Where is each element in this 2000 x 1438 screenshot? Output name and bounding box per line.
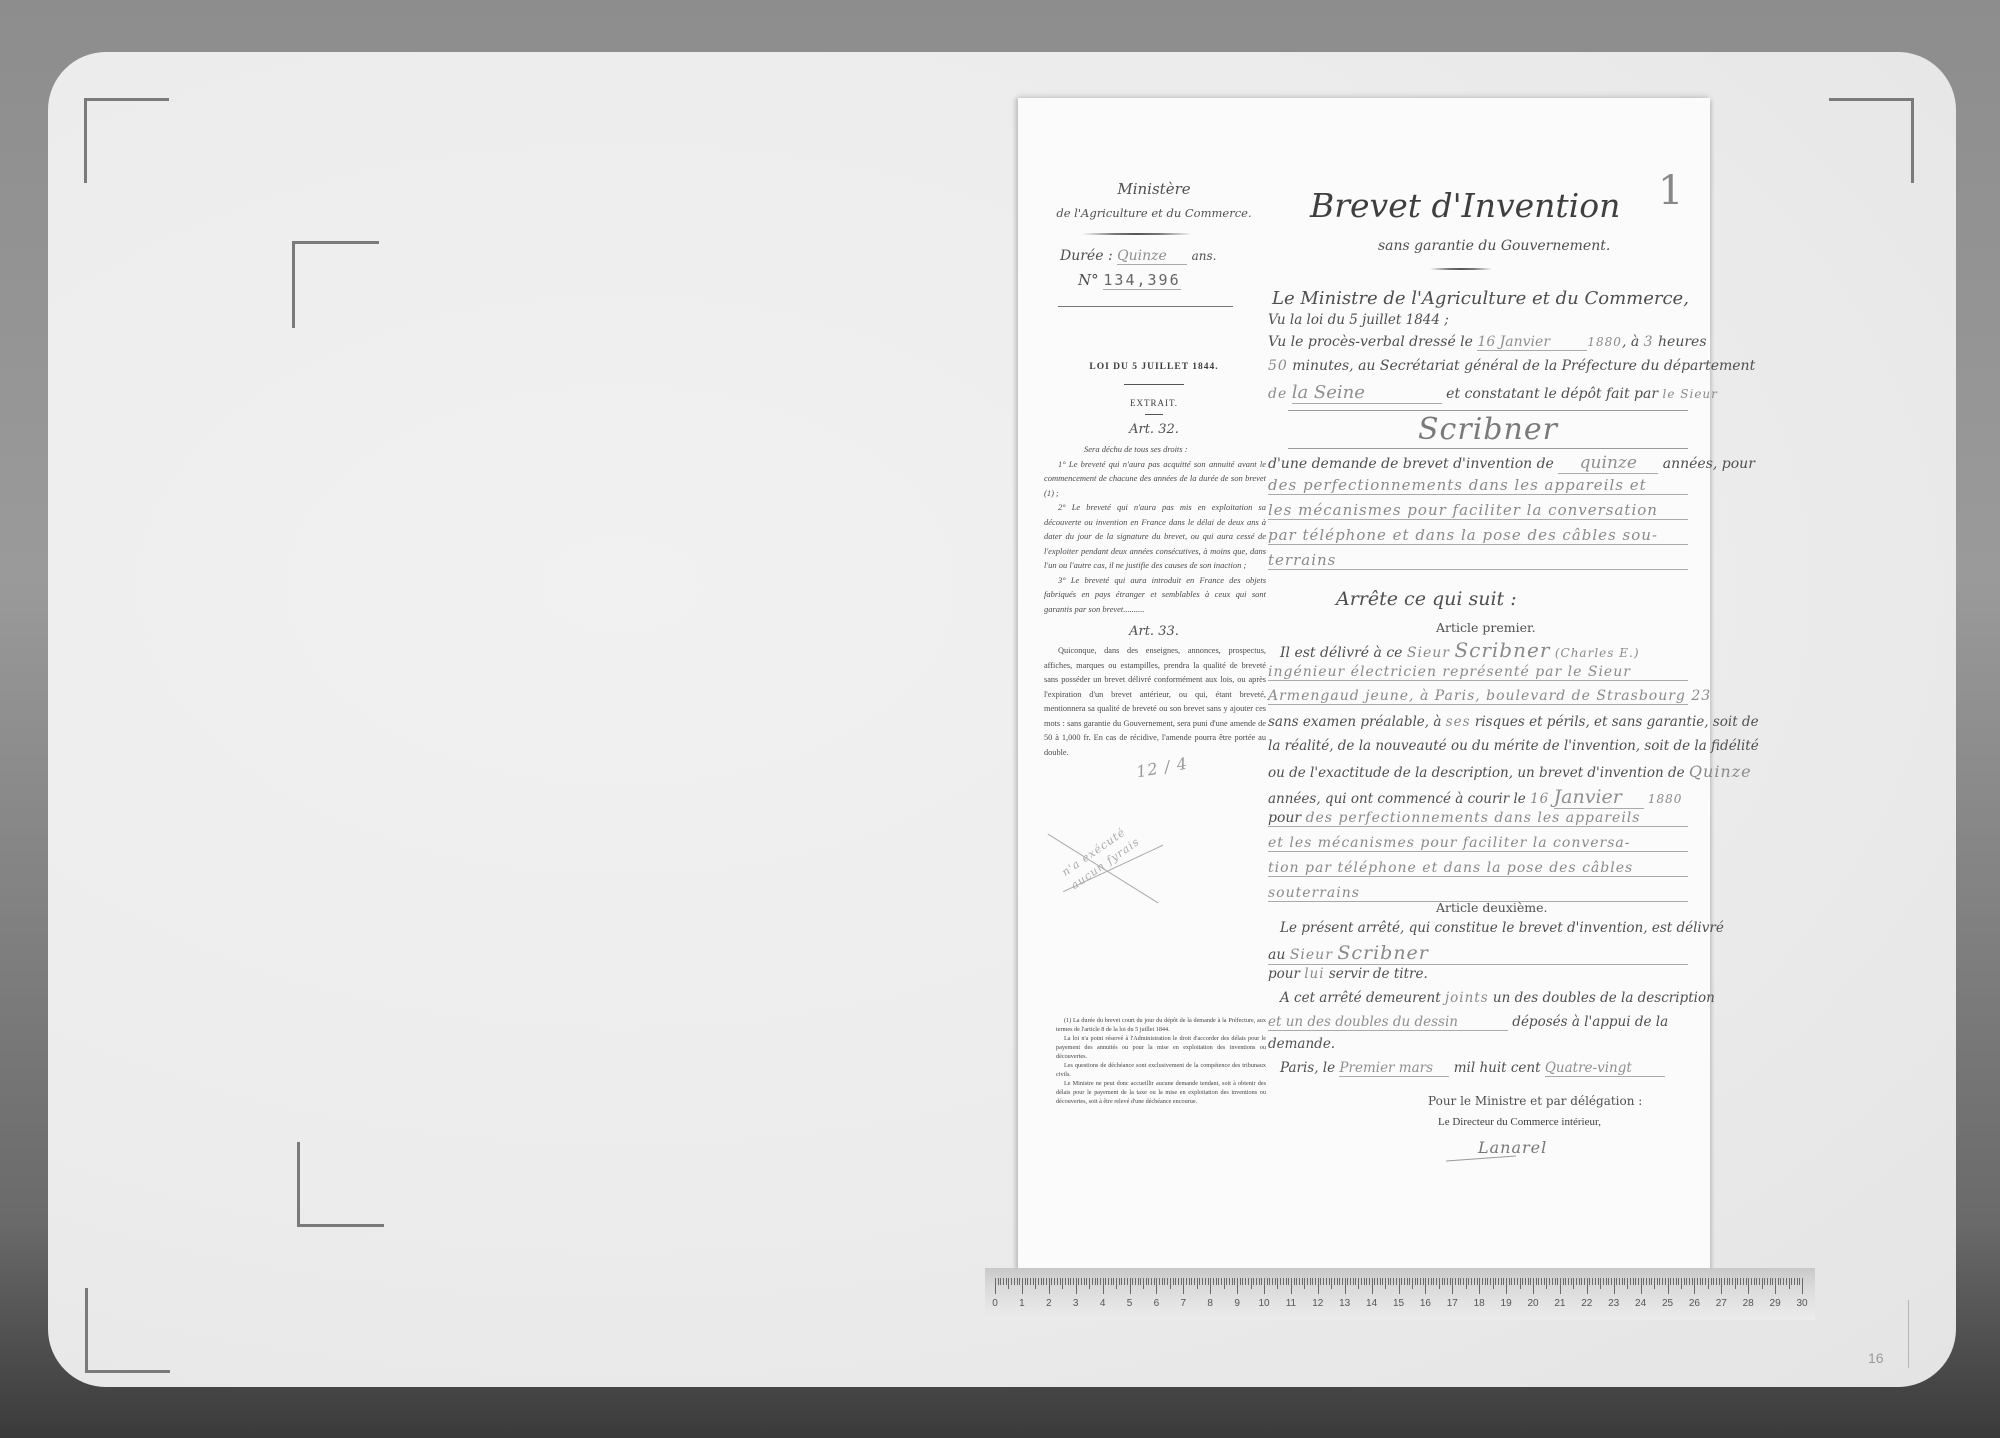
ruler-tick [1638, 1278, 1639, 1285]
ruler-tick [1802, 1278, 1803, 1294]
ruler-tick [1331, 1278, 1332, 1289]
ruler-tick [1232, 1278, 1233, 1285]
ruler-tick [1393, 1278, 1394, 1285]
ruler-tick [1320, 1278, 1321, 1285]
ruler-tick [1630, 1278, 1631, 1285]
ruler-tick [1719, 1278, 1720, 1285]
ruler-tick [1401, 1278, 1402, 1285]
ruler-tick [1159, 1278, 1160, 1285]
ruler-tick [1676, 1278, 1677, 1285]
ruler-tick [1135, 1278, 1136, 1285]
ruler-tick [1216, 1278, 1217, 1285]
ruler-tick [1517, 1278, 1518, 1285]
ruler-tick [1767, 1278, 1768, 1285]
ruler-tick [1659, 1278, 1660, 1285]
ruler-tick [1396, 1278, 1397, 1285]
ruler-label: 1 [1019, 1298, 1025, 1309]
ruler-tick [1197, 1278, 1198, 1289]
ruler-tick [1616, 1278, 1617, 1285]
grant-years: Quinze [1689, 762, 1752, 781]
ruler-tick [1772, 1278, 1773, 1285]
ruler-tick [1493, 1278, 1494, 1289]
ruler-tick [1382, 1278, 1383, 1285]
date-prefix: Paris, le [1280, 1060, 1335, 1076]
article-deuxieme-p5: demande. [1268, 1036, 1335, 1052]
ruler-tick [1062, 1278, 1063, 1289]
ruler-tick [1770, 1278, 1771, 1285]
ruler-tick [1068, 1278, 1069, 1285]
pv-hour: 3 [1644, 334, 1654, 350]
issue-day-month: Premier mars [1339, 1060, 1449, 1077]
applicant-rule-bottom [1288, 448, 1688, 449]
ruler-tick [1624, 1278, 1625, 1285]
ruler-label: 15 [1393, 1298, 1404, 1309]
ruler-tick [1374, 1278, 1375, 1285]
signature-delegation: Pour le Ministre et par délégation : [1428, 1094, 1642, 1108]
ruler-tick [1143, 1278, 1144, 1289]
ruler-tick [1546, 1278, 1547, 1289]
ruler-tick [1595, 1278, 1596, 1285]
ruler-tick [1202, 1278, 1203, 1285]
ruler-tick [1337, 1278, 1338, 1285]
ruler-tick [1503, 1278, 1504, 1285]
pv-year: 1880 [1587, 335, 1622, 349]
footnote: Les questions de déchéance sont exclusiv… [1056, 1061, 1266, 1079]
start-day: 16 [1530, 791, 1549, 807]
invention-description-line: terrains [1268, 551, 1688, 570]
printed-text: années, qui ont commencé à courir le [1268, 791, 1526, 807]
ruler-tick [1442, 1278, 1443, 1285]
deposit-by: le Sieur [1663, 387, 1718, 401]
issue-year: Quatre-vingt [1545, 1060, 1665, 1077]
ruler-label: 7 [1181, 1298, 1187, 1309]
ruler-tick [1060, 1278, 1061, 1285]
ministry-header: Ministère de l'Agriculture et du Commerc… [1034, 180, 1274, 220]
ruler-tick [1468, 1278, 1469, 1285]
ruler-tick [1789, 1278, 1790, 1289]
ruler-tick [1277, 1278, 1278, 1289]
ruler-tick [1191, 1278, 1192, 1285]
footnote: Le Ministre ne peut donc accueillir aucu… [1056, 1079, 1266, 1106]
ruler-tick [1089, 1278, 1090, 1289]
ruler-tick [1417, 1278, 1418, 1285]
ruler-tick [1078, 1278, 1079, 1285]
ruler-tick [1385, 1278, 1386, 1289]
ruler-tick [1043, 1278, 1044, 1285]
ruler-tick [1694, 1278, 1695, 1294]
ruler-tick [1369, 1278, 1370, 1285]
ruler-tick [1097, 1278, 1098, 1285]
ruler-tick [1635, 1278, 1636, 1285]
ruler-tick [1436, 1278, 1437, 1285]
ruler-label: 10 [1258, 1298, 1269, 1309]
arrete-heading: Arrête ce qui suit : [1336, 588, 1517, 610]
ruler-tick [1130, 1278, 1131, 1294]
department-line: de la Seine et constatant le dépôt fait … [1268, 382, 1718, 404]
ruler-tick [1014, 1278, 1015, 1285]
ruler-tick [1312, 1278, 1313, 1285]
ruler-tick [1404, 1278, 1405, 1285]
invention-text: des perfectionnements dans les appareils [1306, 810, 1641, 826]
ruler-tick [1030, 1278, 1031, 1285]
ruler-tick [1116, 1278, 1117, 1289]
applicant-name: Scribner [1418, 412, 1558, 447]
printed-text: pour [1268, 966, 1300, 982]
ruler-tick [1173, 1278, 1174, 1285]
ruler-tick [1065, 1278, 1066, 1285]
ruler-tick [1245, 1278, 1246, 1285]
ruler-tick [1022, 1278, 1023, 1294]
ruler-tick [1412, 1278, 1413, 1289]
ruler-tick [1780, 1278, 1781, 1285]
ruler-tick [1705, 1278, 1706, 1285]
joined-fill: joints [1445, 990, 1489, 1006]
ruler-tick [1654, 1278, 1655, 1289]
article-premier-invention-1: pour des perfectionnements dans les appa… [1268, 810, 1688, 827]
ruler-label: 8 [1207, 1298, 1213, 1309]
ruler-tick [1234, 1278, 1235, 1285]
ruler-tick [1684, 1278, 1685, 1285]
ruler-tick [1455, 1278, 1456, 1285]
footnote: La loi n'a point réservé à l'Administrat… [1056, 1034, 1266, 1061]
ruler-tick [1479, 1278, 1480, 1294]
ruler-tick [1280, 1278, 1281, 1285]
ruler-label: 30 [1796, 1298, 1807, 1309]
crop-mark-top-right-outer [1829, 98, 1914, 183]
ruler-tick [1474, 1278, 1475, 1285]
ruler-tick [1721, 1278, 1722, 1294]
pronoun-fill: lui [1304, 966, 1324, 982]
ruler-tick [1046, 1278, 1047, 1285]
ruler-tick [1552, 1278, 1553, 1285]
crop-mark-top-left-outer [84, 98, 169, 183]
ruler-tick [1541, 1278, 1542, 1285]
ruler-tick [1668, 1278, 1669, 1294]
ruler-tick [1366, 1278, 1367, 1285]
ruler-tick [1127, 1278, 1128, 1285]
ruler-tick [1073, 1278, 1074, 1285]
ruler-tick [1124, 1278, 1125, 1285]
article-deuxieme-p1: Le présent arrêté, qui constitue le brev… [1280, 920, 1724, 936]
ruler-tick [1358, 1278, 1359, 1289]
ruler-tick [1622, 1278, 1623, 1285]
ruler-tick [1049, 1278, 1050, 1294]
printed-text: ou de l'exactitude de la description, un… [1268, 765, 1685, 781]
patent-document: Ministère de l'Agriculture et du Commerc… [1018, 98, 1710, 1276]
ruler-tick [1027, 1278, 1028, 1285]
article-33-text: Quiconque, dans des enseignes, annonces,… [1044, 644, 1266, 760]
ruler-label: 0 [992, 1298, 998, 1309]
duration-suffix: ans. [1192, 249, 1217, 263]
ruler-tick [1086, 1278, 1087, 1285]
ruler-tick [1377, 1278, 1378, 1285]
pour-label: pour [1268, 810, 1301, 826]
ruler-tick [998, 1278, 999, 1285]
ruler-tick [1299, 1278, 1300, 1285]
ruler-tick [1700, 1278, 1701, 1285]
ruler-tick [1748, 1278, 1749, 1294]
ruler-label: 11 [1286, 1298, 1296, 1309]
article-33-heading: Art. 33. [1034, 624, 1274, 639]
ruler-tick [1156, 1278, 1157, 1294]
ruler-tick [1310, 1278, 1311, 1285]
law-title-rule [1124, 384, 1184, 385]
ruler-tick [1584, 1278, 1585, 1285]
ruler-tick [1221, 1278, 1222, 1285]
demand-suffix: années, pour [1663, 456, 1755, 472]
ruler-tick [1151, 1278, 1152, 1285]
ruler-tick [1794, 1278, 1795, 1285]
ruler-tick [1199, 1278, 1200, 1285]
ruler-tick [1563, 1278, 1564, 1285]
ruler-tick [1557, 1278, 1558, 1285]
ruler-tick [1673, 1278, 1674, 1285]
ruler-tick [1587, 1278, 1588, 1294]
holder-name: Scribner [1337, 942, 1429, 964]
ruler-tick [1689, 1278, 1690, 1285]
ruler-tick [1791, 1278, 1792, 1285]
ruler-tick [1783, 1278, 1784, 1285]
article-33-paragraph: Quiconque, dans des enseignes, annonces,… [1044, 644, 1266, 760]
ruler-label: 29 [1770, 1298, 1781, 1309]
ruler-tick [1573, 1278, 1574, 1289]
ruler-tick [1452, 1278, 1453, 1294]
ruler-tick [1657, 1278, 1658, 1285]
ruler-tick [1425, 1278, 1426, 1294]
ruler-tick [1318, 1278, 1319, 1294]
article-premier-printed-3: ou de l'exactitude de la description, un… [1268, 762, 1752, 781]
ruler-tick [1372, 1278, 1373, 1294]
ruler-tick [1364, 1278, 1365, 1285]
ruler-tick [1353, 1278, 1354, 1285]
ruler-tick [1603, 1278, 1604, 1285]
ruler-tick [1751, 1278, 1752, 1285]
ruler-tick [1304, 1278, 1305, 1289]
pv-prefix: Vu le procès-verbal dressé le [1268, 334, 1473, 350]
ruler-tick [1619, 1278, 1620, 1285]
ruler-tick [1315, 1278, 1316, 1285]
ruler-tick [1081, 1278, 1082, 1285]
ruler-tick [1242, 1278, 1243, 1285]
article-32-heading: Art. 32. [1034, 422, 1274, 437]
ruler-tick [1339, 1278, 1340, 1285]
drawing-fill: et un des doubles du dessin [1268, 1014, 1508, 1031]
ruler-label: 14 [1366, 1298, 1377, 1309]
demand-prefix: d'une demande de brevet d'invention de [1268, 456, 1554, 472]
ruler-label: 4 [1100, 1298, 1106, 1309]
ruler-tick [1213, 1278, 1214, 1285]
ruler-tick [1681, 1278, 1682, 1289]
article-premier-printed-2: la réalité, de la nouveauté ou du mérite… [1268, 738, 1759, 754]
ruler-tick [1444, 1278, 1445, 1285]
ruler-tick [1775, 1278, 1776, 1294]
ruler-label: 19 [1501, 1298, 1512, 1309]
ruler-tick [1466, 1278, 1467, 1289]
ruler-tick [1589, 1278, 1590, 1285]
ruler-tick [1686, 1278, 1687, 1285]
ruler-tick [1439, 1278, 1440, 1289]
ruler-tick [1154, 1278, 1155, 1285]
ruler-tick [1388, 1278, 1389, 1285]
law-title: LOI DU 5 JUILLET 1844. [1034, 362, 1274, 372]
header-divider [1058, 306, 1233, 307]
ruler-tick [1017, 1278, 1018, 1285]
document-title: Brevet d'Invention [1310, 186, 1620, 225]
ruler-tick [1006, 1278, 1007, 1285]
ruler-tick [1708, 1278, 1709, 1289]
ruler-tick [1283, 1278, 1284, 1285]
ruler-tick [1651, 1278, 1652, 1285]
ruler-tick [1008, 1278, 1009, 1289]
ruler-label: 27 [1716, 1298, 1727, 1309]
ruler-tick [1167, 1278, 1168, 1285]
ruler-tick [1025, 1278, 1026, 1285]
ruler-tick [1431, 1278, 1432, 1285]
ruler-tick [1670, 1278, 1671, 1285]
ruler-tick [995, 1278, 996, 1294]
ruler-label: 12 [1312, 1298, 1323, 1309]
grantee-details-line: ingénieur électricien représenté par le … [1268, 664, 1688, 681]
ruler-tick [1146, 1278, 1147, 1285]
ruler-tick [1183, 1278, 1184, 1294]
ruler-tick [1111, 1278, 1112, 1285]
ruler-label: 28 [1743, 1298, 1754, 1309]
ruler-tick [1051, 1278, 1052, 1285]
ruler-tick [1095, 1278, 1096, 1285]
deposit-text: et constatant le dépôt fait par [1446, 386, 1658, 402]
ruler-tick [1482, 1278, 1483, 1285]
ruler-tick [1428, 1278, 1429, 1285]
ruler-tick [1286, 1278, 1287, 1285]
ruler-tick [1189, 1278, 1190, 1285]
ruler-tick [1460, 1278, 1461, 1285]
ruler-tick [1345, 1278, 1346, 1294]
ruler-tick [1105, 1278, 1106, 1285]
ruler-tick [1729, 1278, 1730, 1285]
delivery-prefix: Il est délivré à ce [1280, 645, 1402, 661]
ruler-label: 9 [1234, 1298, 1240, 1309]
ruler-tick [1033, 1278, 1034, 1285]
ruler-tick [1267, 1278, 1268, 1285]
ruler-tick [1205, 1278, 1206, 1285]
article-deuxieme-heading: Article deuxième. [1436, 900, 1548, 915]
ruler-tick [1210, 1278, 1211, 1294]
ruler-tick [1756, 1278, 1757, 1285]
document-subtitle: sans garantie du Gouvernement. [1378, 238, 1610, 254]
ruler-tick [1194, 1278, 1195, 1285]
ruler-tick [1737, 1278, 1738, 1285]
ruler-tick [1520, 1278, 1521, 1289]
ruler-tick [1485, 1278, 1486, 1285]
ruler-tick [1113, 1278, 1114, 1285]
ruler-tick [1380, 1278, 1381, 1285]
printed-text: A cet arrêté demeurent [1280, 990, 1441, 1006]
ruler-tick [1608, 1278, 1609, 1285]
ruler-tick [1347, 1278, 1348, 1285]
ruler-tick [1264, 1278, 1265, 1294]
au-label: au [1268, 947, 1285, 963]
footnotes: (1) La durée du brevet court du jour du … [1056, 1016, 1266, 1106]
ruler-tick [1514, 1278, 1515, 1285]
ruler-tick [1361, 1278, 1362, 1285]
printed-text: sans examen préalable, à [1268, 714, 1441, 730]
ruler-tick [1186, 1278, 1187, 1285]
ministry-name: Ministère [1034, 180, 1274, 198]
ruler-tick [1732, 1278, 1733, 1285]
ruler-tick [1237, 1278, 1238, 1294]
duration-field: Durée : Quinze ans. [1060, 248, 1216, 265]
ministry-subtitle: de l'Agriculture et du Commerce. [1034, 206, 1274, 220]
article-premier-invention-line: tion par téléphone et dans la pose des c… [1268, 860, 1688, 877]
ruler-tick [1415, 1278, 1416, 1285]
ruler-tick [1509, 1278, 1510, 1285]
ruler-label: 17 [1447, 1298, 1458, 1309]
ruler-label: 26 [1689, 1298, 1700, 1309]
ruler-tick [1288, 1278, 1289, 1285]
ruler-tick [1678, 1278, 1679, 1285]
applicant-rule-top [1288, 410, 1688, 411]
article-32-text: Sera déchu de tous ses droits : 1° Le br… [1044, 442, 1266, 616]
ruler-tick [1181, 1278, 1182, 1285]
issue-date-line: Paris, le Premier mars mil huit cent Qua… [1280, 1060, 1665, 1077]
ruler-tick [1057, 1278, 1058, 1285]
ruler-tick [1743, 1278, 1744, 1285]
demand-years: quinze [1558, 453, 1658, 474]
crop-mark-top-left-inner [292, 241, 379, 328]
ruler-label: 23 [1608, 1298, 1619, 1309]
ruler-tick [1275, 1278, 1276, 1285]
printed-text: déposés à l'appui de la [1512, 1014, 1668, 1030]
ruler-tick [1579, 1278, 1580, 1285]
ruler-tick [1536, 1278, 1537, 1285]
ruler-tick [1420, 1278, 1421, 1285]
ruler-tick [1248, 1278, 1249, 1285]
ruler-tick [1477, 1278, 1478, 1285]
ruler-tick [1291, 1278, 1292, 1294]
article-deuxieme-p4: et un des doubles du dessin déposés à l'… [1268, 1014, 1668, 1031]
folio-number: 1 [1658, 168, 1684, 214]
ruler-tick [1119, 1278, 1120, 1285]
ruler-tick [1070, 1278, 1071, 1285]
ruler-tick [1038, 1278, 1039, 1285]
ruler-tick [1323, 1278, 1324, 1285]
ruler-tick [1600, 1278, 1601, 1289]
ruler-tick [1450, 1278, 1451, 1285]
ruler-tick [1797, 1278, 1798, 1285]
article-premier-printed-4: années, qui ont commencé à courir le 16 … [1268, 786, 1682, 809]
ruler-tick [1490, 1278, 1491, 1285]
ruler-tick [1390, 1278, 1391, 1285]
ruler-tick [1627, 1278, 1628, 1289]
ruler-tick [1786, 1278, 1787, 1285]
ruler-tick [1498, 1278, 1499, 1285]
ruler-tick [1433, 1278, 1434, 1285]
ruler-tick [1727, 1278, 1728, 1285]
signature-title: Le Directeur du Commerce intérieur, [1438, 1116, 1601, 1128]
ruler-tick [1294, 1278, 1295, 1285]
ruler-tick [1076, 1278, 1077, 1294]
ruler-tick [1581, 1278, 1582, 1285]
ruler-tick [1495, 1278, 1496, 1285]
ruler-tick [1665, 1278, 1666, 1285]
pv-hour-label: heures [1658, 334, 1706, 350]
law-reference: Vu la loi du 5 juillet 1844 ; [1268, 312, 1449, 328]
ruler-tick [1140, 1278, 1141, 1285]
ruler-tick [1272, 1278, 1273, 1285]
ruler-tick [1571, 1278, 1572, 1285]
ruler-tick [1342, 1278, 1343, 1285]
grantee-details-line: Armengaud jeune, à Paris, boulevard de S… [1268, 688, 1688, 705]
